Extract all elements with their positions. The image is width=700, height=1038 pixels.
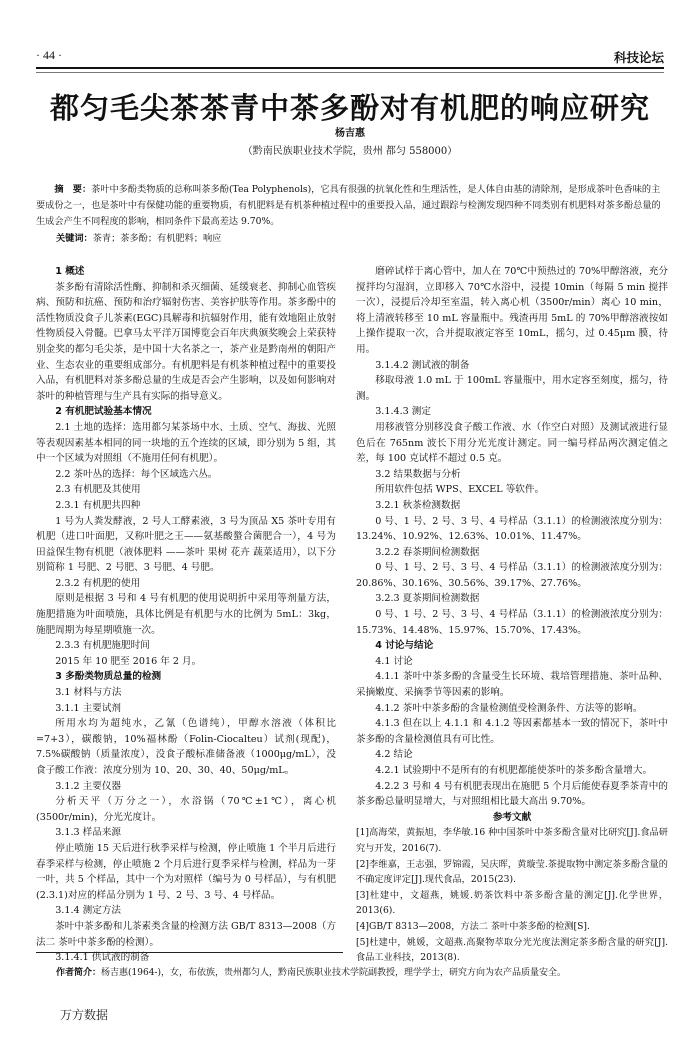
keywords-label: 关键词： [56, 233, 93, 244]
paragraph: 3.1.4 测定方法 [36, 903, 336, 919]
keywords-text: 茶青；茶多酚；有机肥料；响应 [93, 233, 222, 244]
section-heading: 4 讨论与结论 [356, 638, 668, 654]
paragraph: 3.2.1 秋茶检测数据 [356, 498, 668, 514]
paragraph: 用移液管分别移没食子酸工作液、水（作空白对照）及测试液进行显色后在 765nm … [356, 420, 668, 467]
author-affiliation: （黔南民族职业技术学院，贵州 都匀 558000） [0, 142, 700, 157]
paragraph: 4.1.2 茶叶中茶多酚的含量检测值受检测条件、方法等的影响。 [356, 701, 668, 717]
footnote-rule [36, 952, 343, 953]
paragraph: 3.1.3 样品来源 [36, 825, 336, 841]
reference-item: [2]李维嘉，王志强，罗锦霞，吴庆晖，黄璇莹.茶提取物中测定茶多酚含量的不确定度… [356, 857, 668, 888]
paragraph: 3.1.4.2 测试液的制备 [356, 358, 668, 374]
paragraph: 3.1.1 主要试剂 [36, 701, 336, 717]
reference-item: [5]杜建中，姚媛，文超燕.高聚物萃取分光光度法测定茶多酚含量的研究[J].食品… [356, 935, 668, 966]
paragraph: 3.1.2 主要仪器 [36, 779, 336, 795]
paragraph: 4.2.2 3 号和 4 号有机肥表现出在施肥 5 个月后能使春夏季茶青中的茶多… [356, 779, 668, 810]
section-heading: 1 概述 [36, 264, 336, 280]
header-rule [36, 67, 664, 73]
paragraph: 3.1.4.3 测定 [356, 404, 668, 420]
paragraph: 0 号、1 号、2 号、3 号、4 号样品（3.1.1）的检测液浓度分别为：15… [356, 607, 668, 638]
paragraph: 2.3 有机肥及其使用 [36, 482, 336, 498]
paragraph: 4.1.3 但在以上 4.1.1 和 4.1.2 等因素都基本一致的情况下，茶叶… [356, 716, 668, 747]
reference-item: [1]高海荣，黄振旭，李华敏.16 种中国茶叶中茶多酚含量对比研究[J].食品研… [356, 825, 668, 856]
abstract-label: 摘 要： [54, 184, 91, 195]
paragraph: 4.1 讨论 [356, 654, 668, 670]
reference-item: [3]杜建中，文超燕，姚媛.奶茶饮料中茶多酚含量的测定[J].化学世界，2013… [356, 888, 668, 919]
reference-item: [4]GB/T 8313—2008，方法二 茶叶中茶多酚的检测[S]. [356, 919, 668, 935]
paragraph: 1 号为人粪发酵液，2 号人工酵素液，3 号为顶品 X5 茶叶专用有机肥（进口叶… [36, 514, 336, 576]
abstract-text: 茶叶中多酚类物质的总称叫茶多酚(Tea Polyphenols)，它具有很强的抗… [36, 184, 661, 227]
keywords: 关键词：茶青；茶多酚；有机肥料；响应 [56, 230, 221, 244]
author-name: 杨吉惠 [0, 124, 700, 139]
paragraph: 4.2 结论 [356, 747, 668, 763]
paragraph: 2.2 茶叶丛的选择：每个区域选六丛。 [36, 467, 336, 483]
paragraph: 2.3.2 有机肥的使用 [36, 576, 336, 592]
journal-section: 科技论坛 [614, 48, 664, 66]
paragraph: 3.2.3 夏茶期间检测数据 [356, 591, 668, 607]
page-number: · 44 · [36, 48, 62, 63]
article-title: 都匀毛尖茶茶青中茶多酚对有机肥的响应研究 [0, 86, 700, 127]
references-heading: 参考文献 [356, 810, 668, 826]
author-bio: 作者简介：杨吉惠(1964-)，女，布依族，贵州都匀人，黔南民族职业技术学院副教… [56, 965, 566, 978]
paragraph: 所用水均为超纯水，乙氰（色谱纯），甲醇水溶液（体积比=7+3），碳酸钠，10%福… [36, 716, 336, 778]
paragraph: 2.3.3 有机肥施肥时间 [36, 638, 336, 654]
section-heading: 3 多酚类物质总量的检测 [36, 669, 336, 685]
abstract: 摘 要：茶叶中多酚类物质的总称叫茶多酚(Tea Polyphenols)，它具有… [36, 182, 664, 230]
watermark: 万方数据 [60, 1006, 108, 1023]
paragraph: 2015 年 10 肥至 2016 年 2 月。 [36, 654, 336, 670]
bio-label: 作者简介： [56, 968, 101, 978]
paragraph: 分析天平（万分之一），水浴锅（70℃±1℃），离心机(3500r/min)，分光… [36, 794, 336, 825]
paragraph: 2.3.1 有机肥共四种 [36, 498, 336, 514]
paragraph: 3.1 材料与方法 [36, 685, 336, 701]
paragraph: 4.1.1 茶叶中茶多酚的含量受生长环境、栽培管理措施、茶叶品种、采摘嫩度、采摘… [356, 669, 668, 700]
right-column: 磨碎试样于离心管中，加人在 70℃中预热过的 70%甲醇溶液，充分搅拌均匀湿润，… [356, 264, 668, 966]
paragraph: 0 号、1 号、2 号、3 号、4 号样品（3.1.1）的检测液浓度分别为：20… [356, 560, 668, 591]
paragraph: 2.1 土地的选择：选用都匀某茶场中水、土质、空气、海拔、光照等表观因素基本相同… [36, 420, 336, 467]
paragraph: 茶叶中茶多酚和儿茶素类含量的检测方法 GB/T 8313—2008（方法二 茶叶… [36, 919, 336, 950]
paragraph: 移取母液 1.0 mL 于 100mL 容量瓶中，用水定容至刻度，摇匀，待测。 [356, 373, 668, 404]
paragraph: 4.2.1 试验期中不是所有的有机肥都能使茶叶的茶多酚含量增大。 [356, 763, 668, 779]
paragraph: 磨碎试样于离心管中，加人在 70℃中预热过的 70%甲醇溶液，充分搅拌均匀湿润，… [356, 264, 668, 358]
section-heading: 2 有机肥试验基本情况 [36, 404, 336, 420]
bio-text: 杨吉惠(1964-)，女，布依族，贵州都匀人，黔南民族职业技术学院副教授，理学学… [101, 968, 566, 978]
paragraph: 停止喷施 15 天后进行秋季采样与检测，停止喷施 1 个半月后进行春季采样与检测… [36, 841, 336, 903]
paragraph: 原则是根据 3 号和 4 号有机肥的使用说明折中采用等剂量方法，施肥措施为叶面喷… [36, 591, 336, 638]
paragraph: 3.2 结果数据与分析 [356, 467, 668, 483]
running-header: · 44 · 科技论坛 [36, 48, 664, 68]
paragraph: 茶多酚有清除活性酶、抑制和杀灭细菌、延缓衰老、抑制心血管疾病、预防和抗癌、预防和… [36, 280, 336, 405]
paragraph: 0 号、1 号、2 号、3 号、4 号样品（3.1.1）的检测液浓度分别为：13… [356, 514, 668, 545]
paragraph: 3.2.2 春茶期间检测数据 [356, 545, 668, 561]
paragraph: 所用软件包括 WPS、EXCEL 等软件。 [356, 482, 668, 498]
left-column: 1 概述茶多酚有清除活性酶、抑制和杀灭细菌、延缓衰老、抑制心血管疾病、预防和抗癌… [36, 264, 336, 966]
